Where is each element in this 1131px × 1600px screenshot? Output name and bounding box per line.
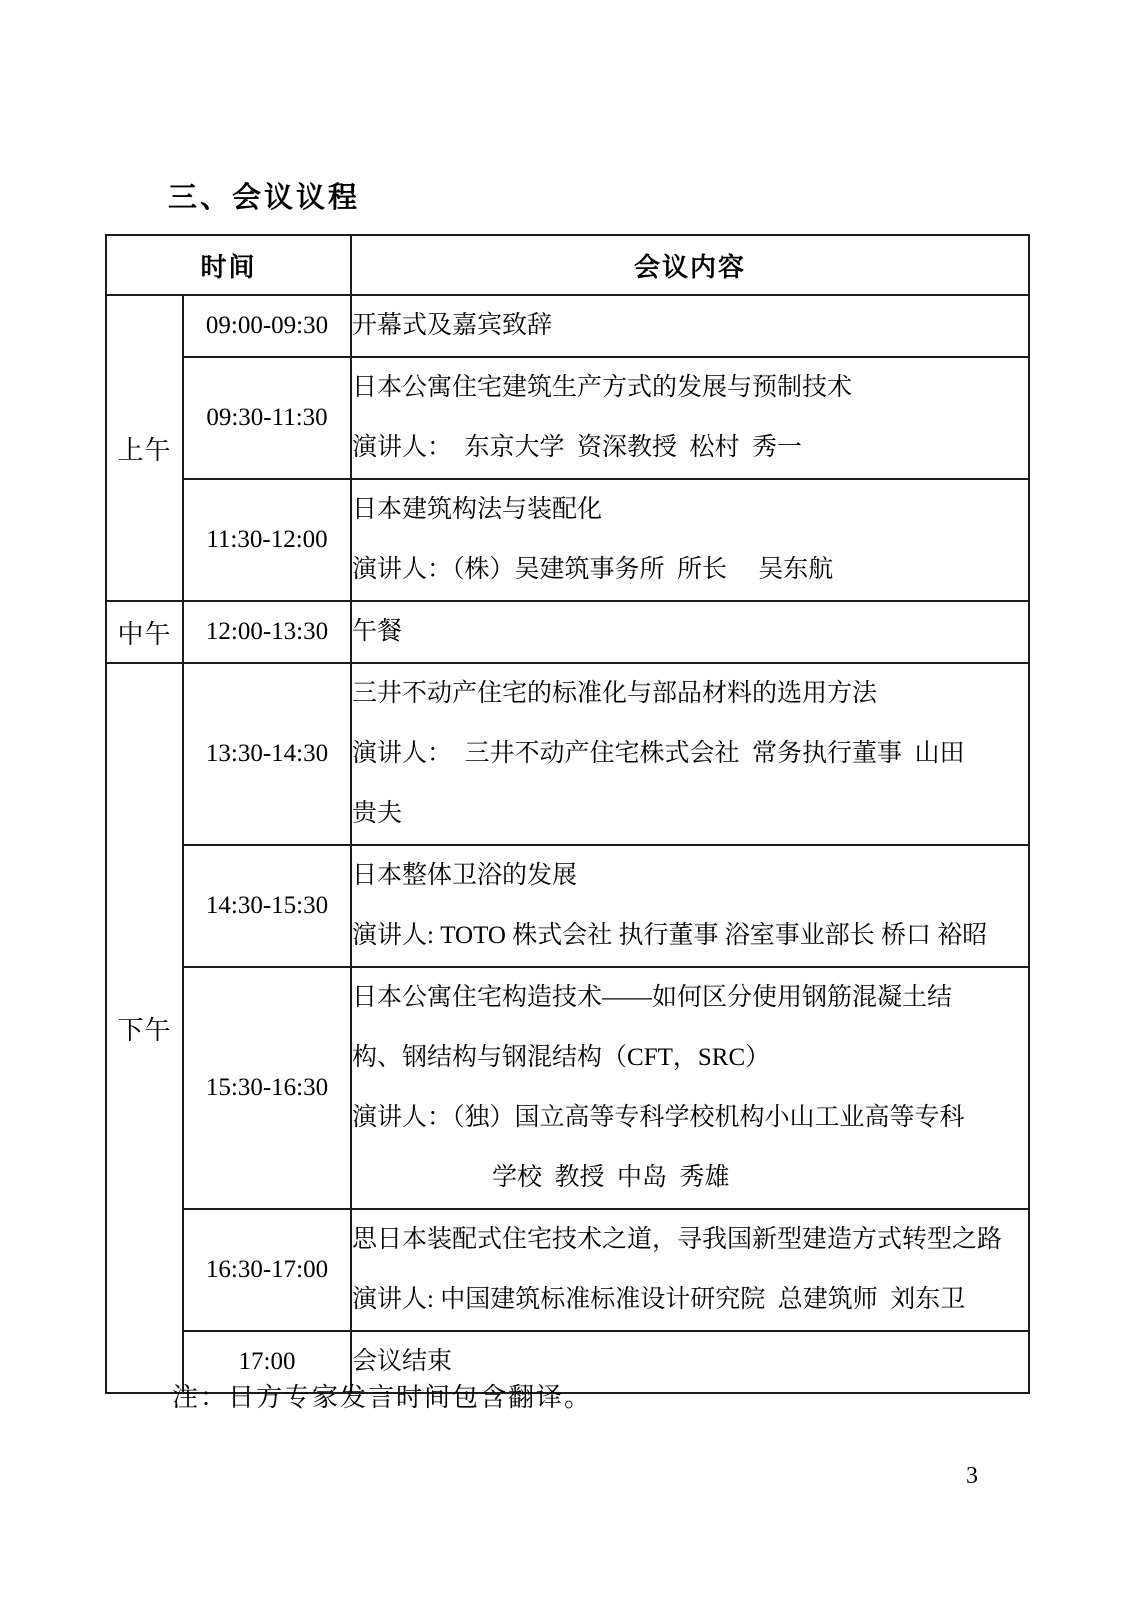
content-line: 日本建筑构法与装配化 xyxy=(352,480,1028,540)
document-page: 三、会议议程 时间 会议内容 上午 09:00-09:30 开幕式及嘉宾致辞 0… xyxy=(0,0,1131,1600)
table-row: 14:30-15:30 日本整体卫浴的发展 演讲人: TOTO 株式会社 执行董… xyxy=(106,845,1029,967)
content-line: 思日本装配式住宅技术之道，寻我国新型建造方式转型之路 xyxy=(352,1210,1028,1270)
group-cell-morning: 上午 xyxy=(106,295,183,601)
speaker-line: 演讲人: 中国建筑标准标准设计研究院 总建筑师 刘东卫 xyxy=(352,1270,1028,1330)
table-row: 中午 12:00-13:30 午餐 xyxy=(106,601,1029,663)
time-cell: 13:30-14:30 xyxy=(183,663,351,845)
content-cell: 日本公寓住宅构造技术——如何区分使用钢筋混凝土结 构、钢结构与钢混结构（CFT，… xyxy=(351,967,1029,1209)
speaker-line: 演讲人：（独）国立高等专科学校机构小山工业高等专科 xyxy=(352,1088,1028,1148)
content-line: 构、钢结构与钢混结构（CFT，SRC） xyxy=(352,1028,1028,1088)
time-cell: 09:30-11:30 xyxy=(183,357,351,479)
content-line: 日本整体卫浴的发展 xyxy=(352,846,1028,906)
table-row: 16:30-17:00 思日本装配式住宅技术之道，寻我国新型建造方式转型之路 演… xyxy=(106,1209,1029,1331)
speaker-line: 演讲人： 东京大学 资深教授 松村 秀一 xyxy=(352,418,1028,478)
content-cell: 思日本装配式住宅技术之道，寻我国新型建造方式转型之路 演讲人: 中国建筑标准标准… xyxy=(351,1209,1029,1331)
content-line: 三井不动产住宅的标准化与部品材料的选用方法 xyxy=(352,664,1028,724)
speaker-line: 演讲人: TOTO 株式会社 执行董事 浴室事业部长 桥口 裕昭 xyxy=(352,906,1028,966)
speaker-line: 演讲人：（株）吴建筑事务所 所长 吴东航 xyxy=(352,540,1028,600)
content-cell: 开幕式及嘉宾致辞 xyxy=(351,295,1029,357)
table-row: 下午 13:30-14:30 三井不动产住宅的标准化与部品材料的选用方法 演讲人… xyxy=(106,663,1029,845)
content-cell: 日本建筑构法与装配化 演讲人：（株）吴建筑事务所 所长 吴东航 xyxy=(351,479,1029,601)
group-cell-afternoon: 下午 xyxy=(106,663,183,1393)
content-line: 开幕式及嘉宾致辞 xyxy=(352,296,1028,356)
page-number: 3 xyxy=(966,1460,978,1492)
content-cell: 午餐 xyxy=(351,601,1029,663)
header-content: 会议内容 xyxy=(351,235,1029,295)
speaker-line: 学校 教授 中岛 秀雄 xyxy=(352,1148,1028,1208)
agenda-table: 时间 会议内容 上午 09:00-09:30 开幕式及嘉宾致辞 09:30-11… xyxy=(105,234,1030,1394)
time-cell: 15:30-16:30 xyxy=(183,967,351,1209)
table-row: 11:30-12:00 日本建筑构法与装配化 演讲人：（株）吴建筑事务所 所长 … xyxy=(106,479,1029,601)
header-time: 时间 xyxy=(106,235,351,295)
time-cell: 09:00-09:30 xyxy=(183,295,351,357)
content-line: 午餐 xyxy=(352,602,1028,662)
speaker-line: 贵夫 xyxy=(352,784,1028,844)
table-row: 15:30-16:30 日本公寓住宅构造技术——如何区分使用钢筋混凝土结 构、钢… xyxy=(106,967,1029,1209)
table-row: 上午 09:00-09:30 开幕式及嘉宾致辞 xyxy=(106,295,1029,357)
time-cell: 12:00-13:30 xyxy=(183,601,351,663)
content-line: 日本公寓住宅建筑生产方式的发展与预制技术 xyxy=(352,358,1028,418)
speaker-line: 演讲人： 三井不动产住宅株式会社 常务执行董事 山田 xyxy=(352,724,1028,784)
time-cell: 11:30-12:00 xyxy=(183,479,351,601)
footnote: 注：日方专家发言时间包含翻译。 xyxy=(172,1378,592,1418)
group-cell-noon: 中午 xyxy=(106,601,183,663)
time-cell: 16:30-17:00 xyxy=(183,1209,351,1331)
time-cell: 14:30-15:30 xyxy=(183,845,351,967)
content-cell: 三井不动产住宅的标准化与部品材料的选用方法 演讲人： 三井不动产住宅株式会社 常… xyxy=(351,663,1029,845)
content-line: 日本公寓住宅构造技术——如何区分使用钢筋混凝土结 xyxy=(352,968,1028,1028)
content-cell: 日本公寓住宅建筑生产方式的发展与预制技术 演讲人： 东京大学 资深教授 松村 秀… xyxy=(351,357,1029,479)
table-row: 09:30-11:30 日本公寓住宅建筑生产方式的发展与预制技术 演讲人： 东京… xyxy=(106,357,1029,479)
content-cell: 日本整体卫浴的发展 演讲人: TOTO 株式会社 执行董事 浴室事业部长 桥口 … xyxy=(351,845,1029,967)
page-title: 三、会议议程 xyxy=(168,178,360,218)
header-row: 时间 会议内容 xyxy=(106,235,1029,295)
